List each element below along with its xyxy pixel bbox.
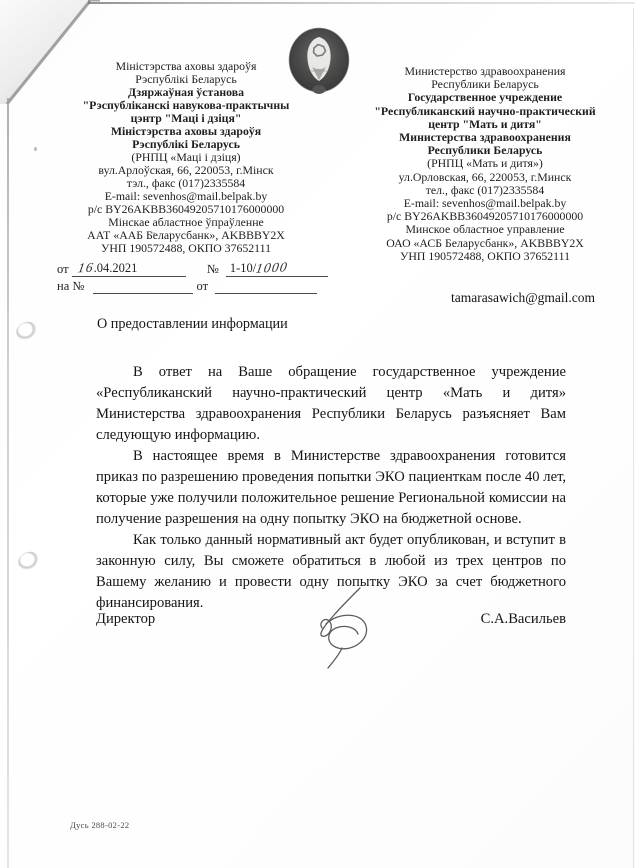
letterhead-line: "Республиканский научно-практический	[350, 105, 620, 118]
body-paragraph: В ответ на Ваше обращение государственно…	[96, 362, 566, 446]
handwritten-date: 16	[76, 260, 95, 277]
letterhead-line: УНП 190572488, ОКПО 37652111	[54, 242, 318, 255]
ot2-label: от	[197, 279, 209, 293]
handwritten-number: 1000	[255, 259, 290, 277]
letterhead-line: Государственное учреждение	[350, 91, 620, 104]
reference-block: от 16.04.2021 № 1-10/1000 на № от	[57, 260, 317, 298]
letter-body: В ответ на Ваше обращение государственно…	[96, 362, 566, 614]
handwritten-signature-icon	[298, 584, 384, 672]
printed-date: .04.2021	[94, 261, 138, 275]
scan-smudge	[14, 319, 41, 343]
letterhead-belarusian-column: Міністэрства аховы здароўяРэспублікі Бел…	[54, 60, 318, 263]
signer-name: С.А.Васильев	[481, 611, 566, 628]
incoming-date-field	[215, 293, 317, 294]
outgoing-date-field: 16.04.2021	[72, 260, 186, 277]
letterhead-line: Минское областное управление	[350, 223, 620, 236]
letterhead-line: ОАО «АСБ Беларусбанк», AKBBBY2X	[350, 237, 620, 250]
scan-left-edge	[7, 98, 9, 868]
scan-top-edge	[88, 2, 635, 4]
scan-speck	[34, 147, 37, 151]
na-no-label: на №	[57, 279, 84, 293]
letterhead-russian-column: Министерство здравоохраненияРеспублики Б…	[350, 65, 620, 263]
letterhead-line: УНП 190572488, ОКПО 37652111	[350, 250, 620, 263]
recipient-email: tamarasawich@gmail.com	[451, 290, 595, 306]
outgoing-reference-row: от 16.04.2021 № 1-10/1000	[57, 260, 317, 279]
incoming-number-field	[93, 293, 193, 294]
letterhead: Міністэрства аховы здароўяРэспублікі Бел…	[54, 60, 620, 263]
letterhead-line: (РНПЦ «Мать и дитя»)	[350, 157, 620, 170]
letterhead-line: ул.Орловская, 66, 220053, г.Минск	[350, 171, 620, 184]
footer-doc-code: Дусь 288-02-22	[70, 820, 129, 830]
body-paragraph: В настоящее время в Министерстве здравоо…	[96, 446, 566, 530]
incoming-reference-row: на № от	[57, 279, 317, 298]
position-title: Директор	[96, 611, 155, 628]
printed-number: 1-10/	[230, 261, 256, 275]
subject-line: О предоставлении информации	[97, 316, 288, 333]
scan-smudge	[16, 549, 43, 573]
ot-label: от	[57, 262, 69, 276]
number-sign-label: №	[207, 262, 219, 276]
scan-right-edge	[633, 8, 634, 868]
outgoing-number-field: 1-10/1000	[226, 260, 328, 277]
scanned-letter-page: Міністэрства аховы здароўяРэспублікі Бел…	[0, 0, 635, 868]
